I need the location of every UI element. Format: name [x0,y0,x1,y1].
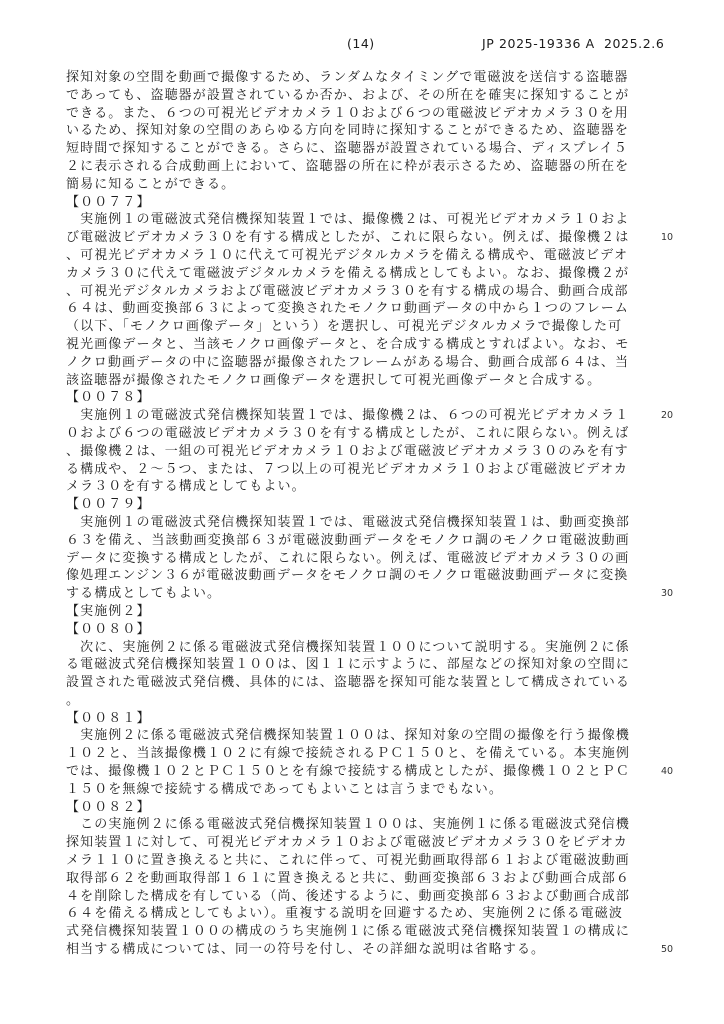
body-text: 探知対象の空間を動画で撮像するため、ランダムなタイミングで電磁波を送信する盗聴器… [66,69,651,959]
text-line: 実施例２に係る電磁波式発信機探知装置１００は、探知対象の空間の撮像を行う撮像機 [66,727,651,745]
text-line: 簡易に知ることができる。 [66,176,651,194]
text-line: 【００８０】 [66,621,651,639]
text-line: 短時間で探知することができる。さらに、盗聴器が設置されている場合、ディスプレイ５ [66,140,651,158]
text-line: 探知装置１に対して、可視光ビデオカメラ１０および電磁波ビデオカメラ３０をビデオカ [66,834,651,852]
text-line: いるため、探知対象の空間のあらゆる方向を同時に探知することができるため、盗聴器を [66,122,651,140]
text-line: 相当する構成については、同一の符号を付し、その詳細な説明は省略する。 [66,941,651,959]
text-line: １０２と、当該撮像機１０２に有線で接続されるＰＣ１５０と、を備えている。本実施例 [66,745,651,763]
text-line: 、可視光ビデオカメラ１０に代えて可視光デジタルカメラを備える構成や、電磁波ビデオ [66,247,651,265]
text-line: 探知対象の空間を動画で撮像するため、ランダムなタイミングで電磁波を送信する盗聴器 [66,69,651,87]
text-line: 実施例１の電磁波式発信機探知装置１では、撮像機２は、可視光ビデオカメラ１０およ [66,211,651,229]
margin-line-number: 50 [661,941,683,959]
text-line: メラ１１０に置き換えると共に、これに伴って、可視光動画取得部６１および電磁波動画 [66,852,651,870]
margin-line-number: 40 [661,763,683,781]
patent-page: (14) JP 2025-19336 A 2025.2.6 探知対象の空間を動画… [0,0,724,1024]
text-line: る構成や、２～５つ、または、７つ以上の可視光ビデオカメラ１０および電磁波ビデオカ [66,461,651,479]
text-line: する構成としてもよい。 [66,585,651,603]
text-line: 。 [66,692,651,710]
text-line: る電磁波式発信機探知装置１００は、図１１に示すように、部屋などの探知対象の空間に [66,656,651,674]
text-line: 次に、実施例２に係る電磁波式発信機探知装置１００について説明する。実施例２に係 [66,639,651,657]
text-line: 式発信機探知装置１００の構成のうち実施例１に係る電磁波式発信機探知装置１の構成に [66,923,651,941]
publication-number: JP 2025-19336 A 2025.2.6 [482,36,664,51]
text-line: ６４を備える構成としてもよい）。重複する説明を回避するため、実施例２に係る電磁波 [66,905,651,923]
text-line: 該盗聴器が撮像されたモノクロ画像データを選択して可視光画像データと合成する。 [66,372,651,390]
text-line: 【００７７】 [66,194,651,212]
text-line: カメラ３０に代えて電磁波デジタルカメラを備える構成としてもよい。なお、撮像機２が [66,265,651,283]
text-line: 【００８２】 [66,799,651,817]
text-line: 【００７９】 [66,496,651,514]
page-number: (14) [347,36,375,51]
margin-line-number: 10 [661,229,683,247]
margin-line-number: 20 [661,407,683,425]
text-line: 像処理エンジン３６が電磁波動画データをモノクロ調のモノクロ電磁波動画データに変換 [66,567,651,585]
text-line: 【実施例２】 [66,603,651,621]
text-line: データに変換する構成としたが、これに限らない。例えば、電磁波ビデオカメラ３０の画 [66,550,651,568]
text-line: び電磁波ビデオカメラ３０を有する構成としたが、これに限らない。例えば、撮像機２は [66,229,651,247]
text-line: では、撮像機１０２とＰＣ１５０とを有線で接続する構成としたが、撮像機１０２とＰＣ [66,763,651,781]
margin-line-number: 30 [661,585,683,603]
text-line: であっても、盗聴器が設置されているか否か、および、その所在を確実に探知することが [66,87,651,105]
text-line: ６３を備え、当該動画変換部６３が電磁波動画データをモノクロ調のモノクロ電磁波動画 [66,532,651,550]
text-line: この実施例２に係る電磁波式発信機探知装置１００は、実施例１に係る電磁波式発信機 [66,816,651,834]
text-line: 、可視光デジタルカメラおよび電磁波ビデオカメラ３０を有する構成の場合、動画合成部 [66,283,651,301]
text-line: ０および６つの電磁波ビデオカメラ３０を有する構成としたが、これに限らない。例えば [66,425,651,443]
text-line: ２に表示される合成動画上において、盗聴器の所在に枠が表示さるため、盗聴器の所在を [66,158,651,176]
text-line: ４を削除した構成を有している（尚、後述するように、動画変換部６３および動画合成部 [66,888,651,906]
text-line: 【００７８】 [66,389,651,407]
text-line: 【００８１】 [66,710,651,728]
text-line: 視光画像データと、当該モノクロ画像データと、を合成する構成とすればよい。なお、モ [66,336,651,354]
text-line: ６４は、動画変換部６３によって変換されたモノクロ動画データの中から１つのフレーム [66,300,651,318]
text-line: 取得部６２を動画取得部１６１に置き換えると共に、動画変換部６３および動画合成部６ [66,870,651,888]
text-line: 、撮像機２は、一組の可視光ビデオカメラ１０および電磁波ビデオカメラ３０のみを有す [66,443,651,461]
text-line: （以下、「モノクロ画像データ」という）を選択し、可視光デジタルカメラで撮像した可 [66,318,651,336]
text-line: できる。また、６つの可視光ビデオカメラ１０および６つの電磁波ビデオカメラ３０を用 [66,105,651,123]
text-line: メラ３０を有する構成としてもよい。 [66,478,651,496]
text-line: 実施例１の電磁波式発信機探知装置１では、撮像機２は、６つの可視光ビデオカメラ１ [66,407,651,425]
text-line: １５０を無線で接続する構成であってもよいことは言うまでもない。 [66,781,651,799]
text-line: 実施例１の電磁波式発信機探知装置１では、電磁波式発信機探知装置１は、動画変換部 [66,514,651,532]
text-line: 設置された電磁波式発信機、具体的には、盗聴器を探知可能な装置として構成されている [66,674,651,692]
text-line: ノクロ動画データの中に盗聴器が撮像されたフレームがある場合、動画合成部６４は、当 [66,354,651,372]
